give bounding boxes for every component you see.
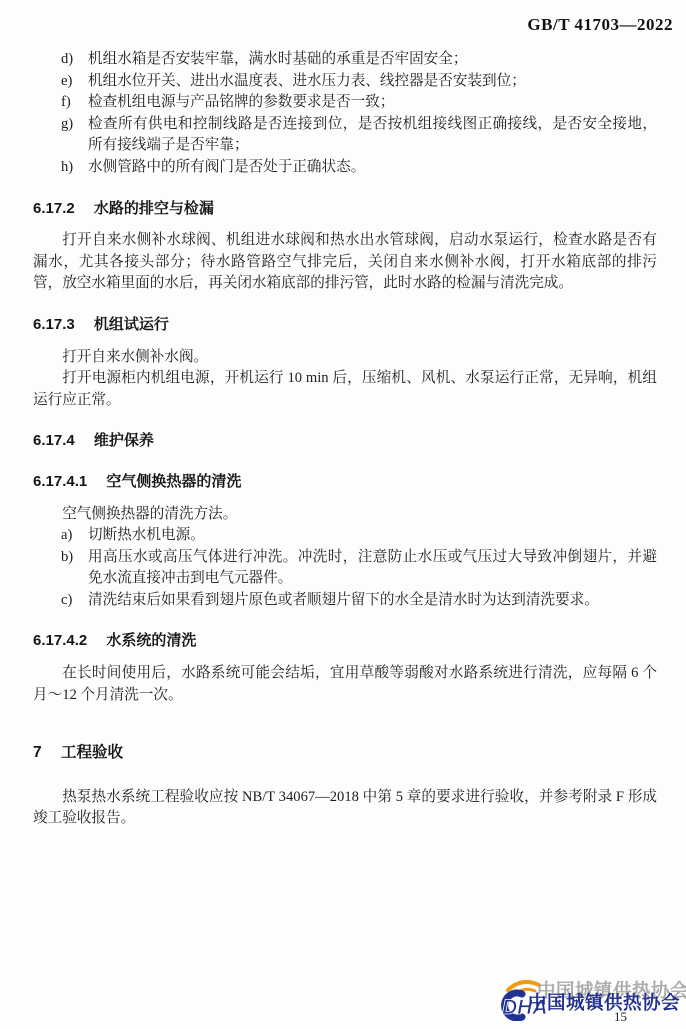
section-title: 空气侧换热器的清洗 bbox=[106, 473, 241, 490]
section-heading-6-17-3: 6.17.3 机组试运行 bbox=[33, 314, 657, 336]
section-number: 7 bbox=[33, 742, 42, 764]
section-heading-6-17-4-1: 6.17.4.1 空气侧换热器的清洗 bbox=[33, 471, 657, 493]
association-logo: DHA 中国城镇供热协会 中国城镇供热协会 15 bbox=[492, 974, 686, 1026]
section-paragraph: 打开自来水侧补水阀。 bbox=[33, 347, 657, 369]
list-item-text: 检查机组电源与产品铭牌的参数要求是否一致； bbox=[88, 94, 394, 110]
list-item-letter: b) bbox=[61, 547, 73, 569]
section-title: 水路的排空与检漏 bbox=[94, 200, 214, 217]
list-item-text: 机组水位开关、进出水温度表、进水压力表、线控器是否安装到位； bbox=[88, 73, 526, 89]
list-item-text: 清洗结束后如果看到翅片原色或者顺翅片留下的水全是清水时为达到清洗要求。 bbox=[88, 592, 599, 608]
list-item: g) 检查所有供电和控制线路是否连接到位，是否按机组接线图正确接线，是否安全接地… bbox=[33, 114, 657, 157]
document-body: d) 机组水箱是否安装牢靠，满水时基础的承重是否牢固安全； e) 机组水位开关、… bbox=[33, 49, 657, 830]
list-item: a) 切断热水机电源。 bbox=[33, 525, 657, 547]
list-item-letter: f) bbox=[61, 92, 71, 114]
list-item: d) 机组水箱是否安装牢靠，满水时基础的承重是否牢固安全； bbox=[33, 49, 657, 71]
checklist-a-c: a) 切断热水机电源。 b) 用高压水或高压气体进行冲洗。冲洗时，注意防止水压或… bbox=[33, 525, 657, 611]
section-paragraph: 空气侧换热器的清洗方法。 bbox=[33, 504, 657, 526]
list-item-text: 机组水箱是否安装牢靠，满水时基础的承重是否牢固安全； bbox=[88, 51, 467, 67]
scanned-page: GB/T 41703—2022 d) 机组水箱是否安装牢靠，满水时基础的承重是否… bbox=[0, 0, 686, 1029]
standard-code: GB/T 41703—2022 bbox=[527, 15, 673, 34]
section-paragraph: 热泵热水系统工程验收应按 NB/T 34067—2018 中第 5 章的要求进行… bbox=[33, 787, 657, 830]
chapter-heading-7: 7 工程验收 bbox=[33, 742, 657, 764]
list-item-letter: h) bbox=[61, 157, 73, 179]
page-header: GB/T 41703—2022 bbox=[527, 15, 673, 35]
section-number: 6.17.4.2 bbox=[33, 630, 87, 652]
section-paragraph: 打开电源柜内机组电源，开机运行 10 min 后，压缩机、风机、水泵运行正常，无… bbox=[33, 368, 657, 411]
list-item: c) 清洗结束后如果看到翅片原色或者顺翅片留下的水全是清水时为达到清洗要求。 bbox=[33, 590, 657, 612]
section-title: 机组试运行 bbox=[94, 316, 169, 333]
list-item-letter: e) bbox=[61, 71, 72, 93]
section-heading-6-17-4: 6.17.4 维护保养 bbox=[33, 430, 657, 452]
list-item: h) 水侧管路中的所有阀门是否处于正确状态。 bbox=[33, 157, 657, 179]
list-item-text: 水侧管路中的所有阀门是否处于正确状态。 bbox=[88, 159, 365, 175]
page-number: 15 bbox=[614, 1009, 627, 1025]
org-name-text: 中国城镇供热协会 bbox=[528, 989, 680, 1015]
list-item-letter: d) bbox=[61, 49, 73, 71]
checklist-d-h: d) 机组水箱是否安装牢靠，满水时基础的承重是否牢固安全； e) 机组水位开关、… bbox=[33, 49, 657, 179]
section-number: 6.17.4.1 bbox=[33, 471, 87, 493]
list-item: e) 机组水位开关、进出水温度表、进水压力表、线控器是否安装到位； bbox=[33, 71, 657, 93]
list-item-letter: a) bbox=[61, 525, 72, 547]
list-item-text: 切断热水机电源。 bbox=[88, 527, 205, 543]
section-heading-6-17-2: 6.17.2 水路的排空与检漏 bbox=[33, 198, 657, 220]
list-item: b) 用高压水或高压气体进行冲洗。冲洗时，注意防止水压或气压过大导致冲倒翅片，并… bbox=[33, 547, 657, 590]
list-item-text: 用高压水或高压气体进行冲洗。冲洗时，注意防止水压或气压过大导致冲倒翅片，并避免水… bbox=[88, 549, 657, 587]
section-paragraph: 打开自来水侧补水球阀、机组进水球阀和热水出水管球阀，启动水泵运行，检查水路是否有… bbox=[33, 230, 657, 295]
section-title: 工程验收 bbox=[61, 744, 123, 761]
list-item: f) 检查机组电源与产品铭牌的参数要求是否一致； bbox=[33, 92, 657, 114]
section-title: 水系统的清洗 bbox=[106, 632, 196, 649]
section-number: 6.17.2 bbox=[33, 198, 75, 220]
section-number: 6.17.3 bbox=[33, 314, 75, 336]
section-paragraph: 在长时间使用后，水路系统可能会结垢，宜用草酸等弱酸对水路系统进行清洗，应每隔 6… bbox=[33, 663, 657, 706]
section-number: 6.17.4 bbox=[33, 430, 75, 452]
list-item-text: 检查所有供电和控制线路是否连接到位，是否按机组接线图正确接线，是否安全接地，所有… bbox=[88, 116, 657, 154]
section-title: 维护保养 bbox=[94, 432, 154, 449]
list-item-letter: g) bbox=[61, 114, 73, 136]
section-heading-6-17-4-2: 6.17.4.2 水系统的清洗 bbox=[33, 630, 657, 652]
list-item-letter: c) bbox=[61, 590, 72, 612]
